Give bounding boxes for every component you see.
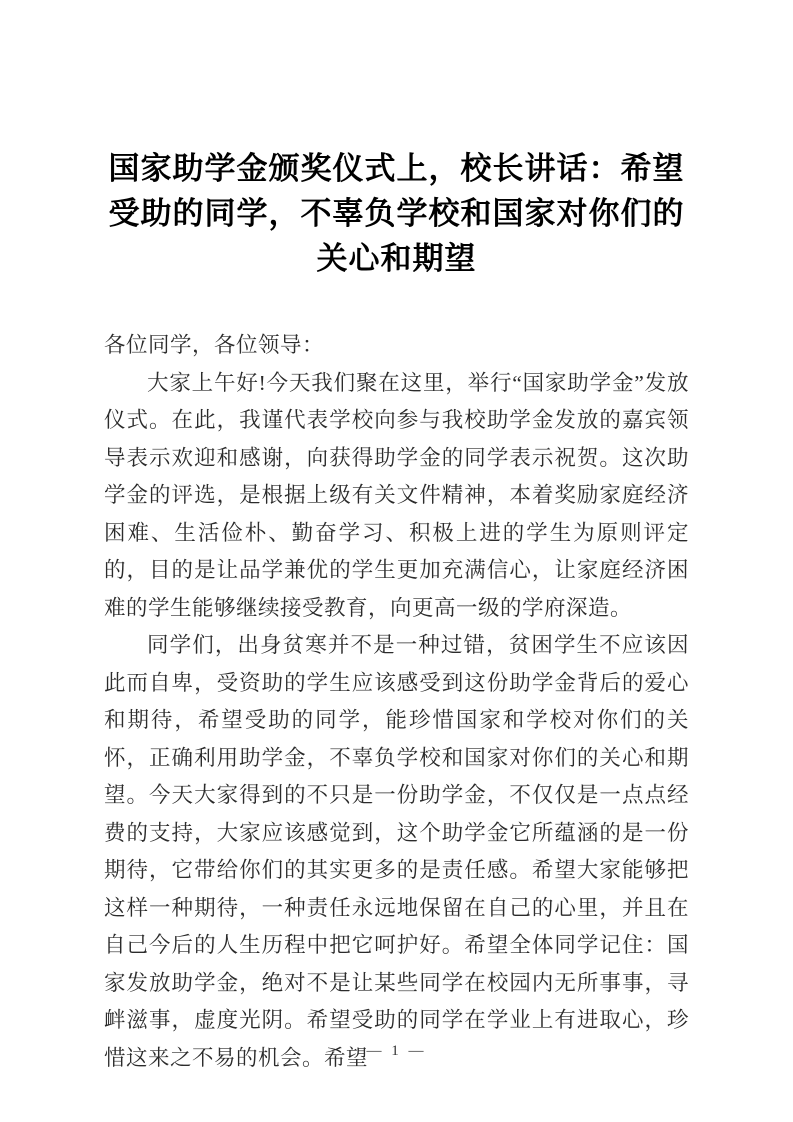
document-page: 国家助学金颁奖仪式上，校长讲话：希望 受助的同学，不辜负学校和国家对你们的 关心… (0, 0, 793, 1122)
salutation-line: 各位同学，各位领导： (104, 327, 689, 365)
paragraph-2: 同学们，出身贫寒并不是一种过错，贫困学生不应该因此而自卑，受资助的学生应该感受到… (104, 627, 689, 1077)
title-line-1: 国家助学金颁奖仪式上，校长讲话：希望 (100, 146, 693, 191)
page-number-footer: — 1 — (0, 1043, 793, 1060)
title-line-3: 关心和期望 (100, 236, 693, 281)
title-line-2: 受助的同学，不辜负学校和国家对你们的 (100, 191, 693, 236)
document-body: 各位同学，各位领导： 大家上午好!今天我们聚在这里，举行“国家助学金”发放仪式。… (104, 327, 689, 1077)
paragraph-1: 大家上午好!今天我们聚在这里，举行“国家助学金”发放仪式。在此，我谨代表学校向参… (104, 365, 689, 628)
document-title: 国家助学金颁奖仪式上，校长讲话：希望 受助的同学，不辜负学校和国家对你们的 关心… (100, 146, 693, 281)
